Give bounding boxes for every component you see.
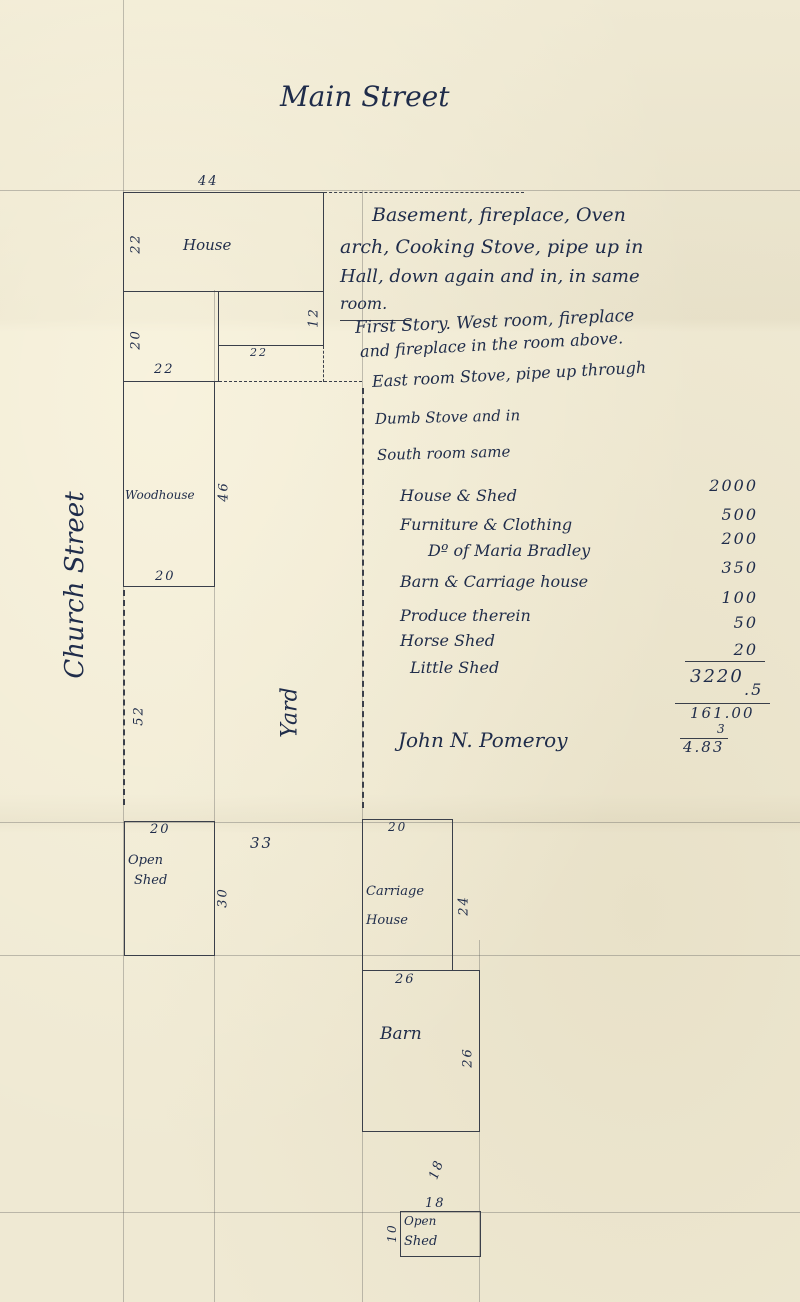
ell-dashed-right (323, 346, 324, 382)
carriage-house-label-line1: Carriage (366, 884, 424, 899)
valuation-rate: .5 (744, 680, 763, 699)
ell-left-width-dimension: 22 (154, 362, 175, 377)
barn-depth-dimension: 26 (461, 1046, 476, 1070)
signature: John N. Pomeroy (398, 728, 568, 752)
house-depth-dimension: 22 (129, 232, 144, 256)
valuation-item: Barn & Carriage house (400, 572, 588, 591)
total-rule (685, 661, 765, 662)
open-shed-1-label-line1: Open (128, 853, 163, 868)
description-line: arch, Cooking Stove, pipe up in (340, 236, 643, 258)
valuation-item: Produce therein (400, 606, 531, 625)
house-label: House (183, 236, 231, 254)
guide-line-horizontal-top (0, 190, 800, 191)
valuation-item: Little Shed (410, 658, 499, 677)
open-shed-2-label-line2: Shed (404, 1234, 437, 1249)
carriage-house-label-line2: House (366, 913, 408, 928)
yard-width-dimension: 33 (250, 834, 273, 852)
lot-side-length-dimension: 52 (132, 704, 147, 728)
valuation-result: 4.83 (683, 738, 724, 756)
open-shed-1-depth-dimension: 30 (216, 886, 231, 910)
woodhouse-depth-dimension: 46 (217, 480, 232, 504)
ell-left-depth-dimension: 20 (129, 328, 144, 352)
woodhouse-width-dimension: 20 (155, 569, 176, 584)
valuation-amount: 500 (721, 505, 758, 524)
main-street-dashed-frontage (324, 192, 524, 193)
carriage-house-depth-dimension: 24 (457, 894, 472, 918)
yard-right-dashed-line (362, 388, 364, 808)
open-shed-2-depth-dimension: 10 (385, 1221, 399, 1245)
valuation-multiplier: 3 (717, 722, 727, 736)
valuation-amount: 350 (721, 558, 758, 577)
description-line: East room Stove, pipe up through (372, 358, 647, 391)
open-shed-2-label-line1: Open (404, 1214, 436, 1228)
description-line: room. (340, 294, 387, 313)
ell-right-depth-dimension: 12 (307, 306, 322, 330)
woodhouse-label: Woodhouse (125, 488, 195, 502)
ell-dashed-extension (219, 381, 362, 382)
valuation-amount: 2000 (709, 476, 758, 495)
carriage-house-width-dimension: 20 (388, 820, 407, 834)
description-line: Basement, fireplace, Oven (372, 204, 626, 226)
valuation-item: Dº of Maria Bradley (428, 541, 590, 560)
valuation-amount: 20 (734, 640, 758, 659)
yard-label: Yard (278, 673, 303, 753)
open-shed-1-outline (124, 821, 215, 956)
woodhouse-outline (123, 381, 215, 587)
valuation-amount: 50 (734, 613, 758, 632)
barn-label: Barn (380, 1024, 422, 1044)
barn-width-dimension: 26 (395, 972, 416, 987)
lot-side-dashed-line (123, 590, 125, 805)
description-line: Dumb Stove and in (375, 406, 521, 428)
valuation-amount: 200 (721, 529, 758, 548)
valuation-amount: 100 (721, 588, 758, 607)
house-width-dimension: 44 (198, 174, 219, 189)
valuation-item: House & Shed (400, 486, 517, 505)
valuation-item: Horse Shed (400, 631, 495, 650)
open-shed-1-width-dimension: 20 (150, 822, 171, 837)
valuation-row: House & Shed 2000 (400, 486, 770, 508)
valuation-row: Furniture & Clothing 500 (400, 515, 770, 537)
description-line: Hall, down again and in, in same (340, 266, 640, 287)
open-shed-1-label-line2: Shed (134, 873, 167, 888)
church-street-label: Church Street (60, 490, 90, 680)
open-shed-2-offset-dimension: 18 (426, 1156, 448, 1184)
valuation-total: 3220 (690, 666, 744, 687)
valuation-premium: 161.00 (690, 704, 755, 722)
valuation-row: Produce therein 100 (400, 606, 770, 628)
description-line: South room same (377, 443, 511, 464)
valuation-row: Horse Shed 50 (400, 631, 770, 653)
valuation-row: Barn & Carriage house 350 (400, 572, 770, 594)
valuation-row: Dº of Maria Bradley 200 (400, 541, 770, 563)
main-street-label: Main Street (280, 80, 449, 113)
valuation-item: Furniture & Clothing (400, 515, 572, 534)
ell-right-width-dimension: 22 (250, 346, 268, 359)
open-shed-2-width-dimension: 18 (425, 1196, 446, 1211)
